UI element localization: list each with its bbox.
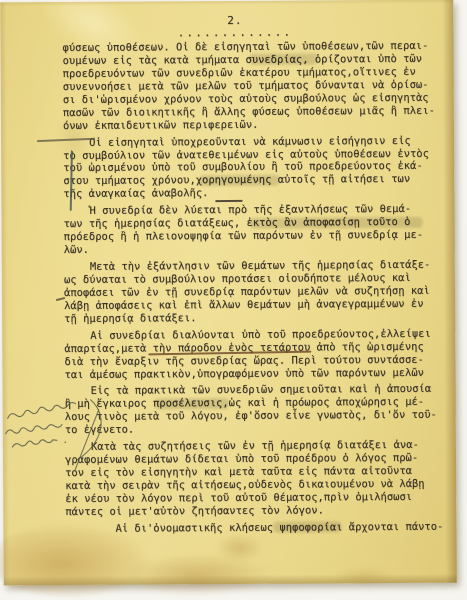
handwriting-line-3 [12, 438, 57, 448]
paper-edge-shadow-left [0, 2, 10, 585]
paragraph: Αἱ συνεδρίαι διαλύονται ὑπὸ τοῦ προεδρεύ… [64, 327, 452, 381]
scanned-document-page: 2. ............. φύσεως ὑποθέσεων. Οἱ δὲ… [0, 0, 467, 600]
text-line: ται ἀμέσως πρακτικὸν,ὑπογραφόμενον ὑπὸ τ… [64, 366, 452, 381]
text-line: Αἱ δι'ὀνομαστικῆς κλήσεως ψηφοφορίαι ἄρχ… [65, 520, 453, 535]
paper-stain [334, 566, 394, 586]
text-line: τῇ ἡμερησίᾳ διατάξει. [64, 310, 452, 325]
handwriting-line-2 [5, 423, 62, 435]
paragraph: Εἰς τὰ πρακτικὰ τῶν συνεδριῶν σημειοῦται… [65, 383, 453, 437]
text-line: πασῶν τῶν διοικητικῆς ἢ ἄλλης φύσεως ὑπο… [63, 104, 451, 119]
text-line: λάβῃ ἀποφάσεις καὶ ἐπὶ ἄλλων θεμάτων μὴ … [64, 297, 452, 312]
text-line: ἐκ νέου τὸν λόγον περὶ τοῦ αὐτοῦ θέματος… [65, 491, 453, 506]
text-line: λῶν. [64, 242, 452, 257]
paragraph: Κατὰ τὰς συζητήσεις τῶν ἐν τῇ ἡμερησίᾳ δ… [65, 439, 453, 519]
paper-edge-shadow-top [0, 0, 453, 6]
paragraph: Ἡ συνεδρία δὲν λύεται πρὸ τῆς ἐξαντλήσεω… [63, 203, 451, 257]
text-line: το ἐγένετο. [65, 422, 453, 437]
paper-sheet: 2. ............. φύσεως ὑποθέσεων. Οἱ δὲ… [0, 0, 457, 585]
paragraph: Μετὰ τὴν ἐξάντλησιν τῶν θεμάτων τῆς ἡμερ… [64, 259, 452, 326]
paper-stain [215, 533, 263, 563]
paragraph: Οἱ εἰσηγηταὶ ὑποχρεοῦνται νὰ κάμνωσιν εἰ… [63, 134, 451, 201]
paper-stain [122, 553, 272, 598]
text-line: πρόεδρος ἢ ἡ πλειονοψηφία τῶν παρόντων ἐ… [64, 229, 452, 244]
paragraph: φύσεως ὑποθέσεων. Οἱ δὲ εἰσηγηταὶ τῶν ὑπ… [62, 40, 451, 133]
paragraph: Αἱ δι'ὀνομαστικῆς κλήσεως ψηφοφορίαι ἄρχ… [65, 520, 453, 535]
paper-edge-shadow-bottom [4, 574, 457, 586]
text-line: τῆς ἀναγκαίας ἀναβολῆς. [63, 186, 451, 201]
dotted-rule: ............. [0, 25, 453, 41]
text-block: φύσεως ὑποθέσεων. Οἱ δὲ εἰσηγηταὶ τῶν ὑπ… [62, 40, 453, 536]
text-line: πάντες οἱ μετ'αὐτὸν ζητήσαντες τὸν λόγον… [65, 504, 453, 519]
text-line: όνων ἐκπαιδευτικῶν περιφερειῶν. [63, 117, 451, 132]
text-line: λους τινὸς μετὰ τοῦ λόγου, ἐφ'ὅσον εἶνε … [65, 409, 453, 424]
